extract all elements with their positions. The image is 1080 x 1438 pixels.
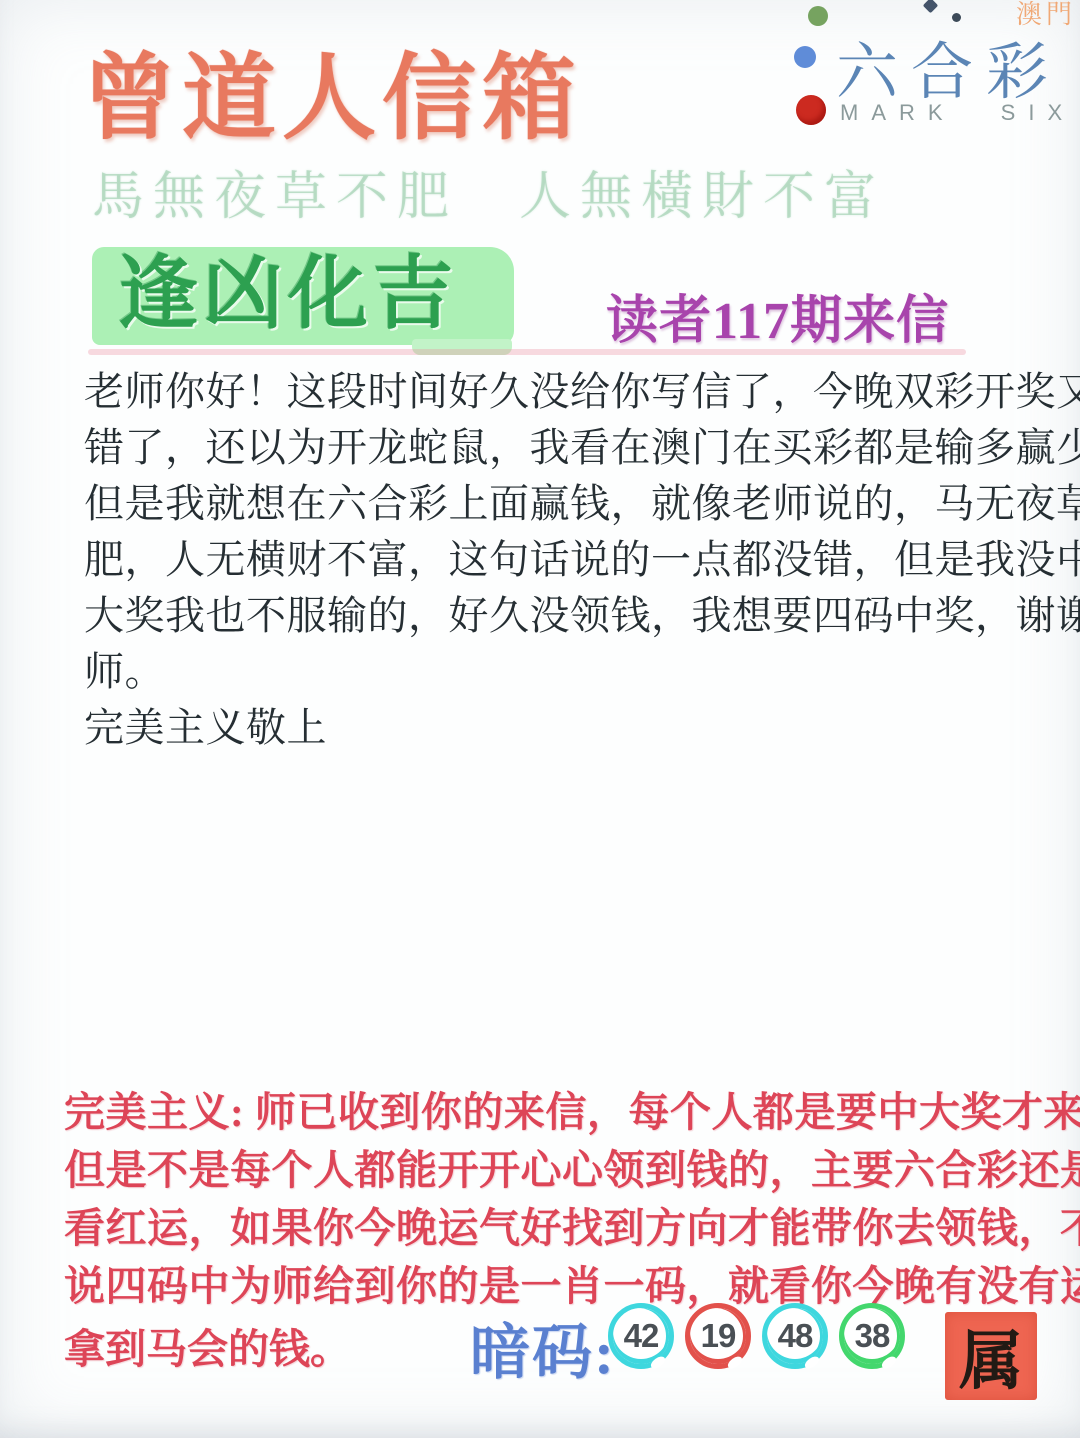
ball-highlight [803, 1354, 821, 1371]
reader-letter: 老师你好！这段时间好久没给你写信了，今晚双彩开奖又买 错了，还以为开龙蛇鼠，我看… [84, 364, 1044, 756]
letter-line: 师。 [84, 644, 1044, 700]
letter-line: 老师你好！这段时间好久没给你写信了，今晚双彩开奖又买 [84, 364, 1044, 420]
letter-line: 肥，人无横财不富，这句话说的一点都没错，但是我没中到 [84, 532, 1044, 588]
reply-line: 完美主义: 师已收到你的来信，每个人都是要中大奖才来信， [64, 1083, 1054, 1141]
lottery-ball: 42 [608, 1303, 674, 1369]
letter-line: 但是我就想在六合彩上面赢钱，就像老师说的，马无夜草不 [84, 476, 1044, 532]
logo-dot-blue-icon [794, 46, 816, 68]
logo-dot-small-icon [952, 13, 961, 22]
faded-slogan: 馬無夜草不肥 人無橫財不富 [92, 154, 885, 229]
secret-code-balls: 42194838 [608, 1303, 905, 1369]
ball-highlight [880, 1354, 898, 1371]
teacher-reply: 完美主义: 师已收到你的来信，每个人都是要中大奖才来信， 但是不是每个人都能开开… [64, 1083, 1054, 1315]
page-title: 曾道人信箱 [82, 22, 582, 157]
pink-underline-artifact [88, 349, 966, 355]
zodiac-box: 属 [945, 1312, 1037, 1400]
lottery-ball: 19 [685, 1303, 751, 1369]
highlight-phrase: 逢凶化吉 [92, 247, 514, 345]
lottery-ball-number: 42 [624, 1317, 659, 1355]
lottery-ball-number: 48 [778, 1317, 813, 1355]
logo-name: 六合彩 [836, 22, 1061, 111]
lottery-ball-number: 38 [855, 1317, 890, 1355]
issue-label: 读者117期来信 [606, 278, 949, 353]
logo-dot-red-icon [796, 95, 826, 125]
letter-line: 错了，还以为开龙蛇鼠，我看在澳门在买彩都是输多赢少， [84, 420, 1044, 476]
reply-last-line: 拿到马会的钱。 [64, 1316, 351, 1375]
lottery-ball: 48 [762, 1303, 828, 1369]
ball-highlight [726, 1354, 744, 1371]
secret-code-label: 暗码: [470, 1305, 616, 1391]
letter-signature: 完美主义敬上 [84, 700, 1044, 756]
letter-line: 大奖我也不服输的，好久没领钱，我想要四码中奖，谢谢老 [84, 588, 1044, 644]
ball-highlight [649, 1354, 667, 1371]
logo-dot-diamond-icon [923, 0, 939, 13]
logo-dot-green-icon [808, 6, 828, 26]
reply-line: 但是不是每个人都能开开心心领到钱的，主要六合彩还是要 [64, 1141, 1054, 1199]
lottery-ball: 38 [839, 1303, 905, 1369]
reply-line: 看红运，如果你今晚运气好找到方向才能带你去领钱，不要 [64, 1199, 1054, 1257]
lottery-flyer-page: 曾道人信箱 六合彩 MARK SIX 澳門 馬無夜草不肥 人無橫財不富 逢凶化吉… [0, 0, 1080, 1438]
logo-region-label: 澳門 [1016, 0, 1076, 31]
lottery-ball-number: 19 [701, 1317, 736, 1355]
zodiac-label: 属 [959, 1310, 1023, 1402]
logo-subtitle: MARK SIX [840, 100, 1075, 126]
mark-six-logo: 六合彩 MARK SIX 澳門 [770, 0, 1080, 150]
